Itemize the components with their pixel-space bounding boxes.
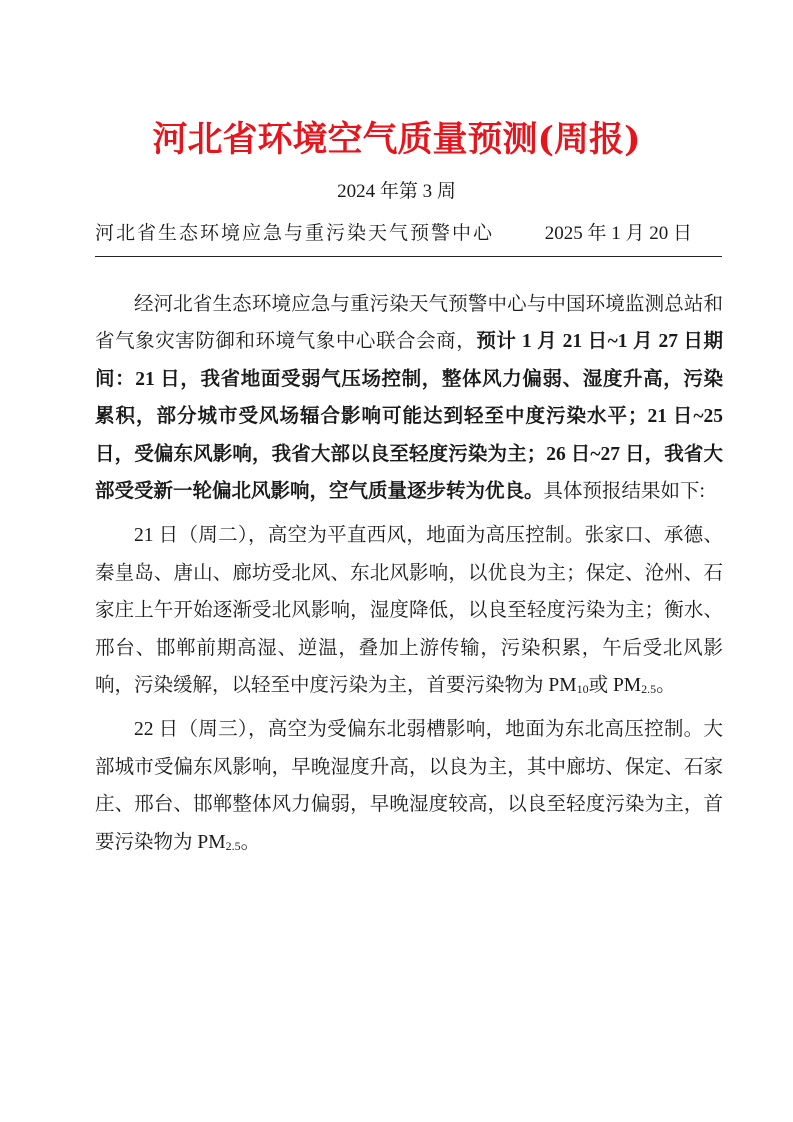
summary-paragraph: 经河北省生态环境应急与重污染天气预警中心与中国环境监测总站和省气象灾害防御和环境… (95, 286, 723, 510)
subscript: 2.5 (641, 682, 656, 696)
issuer-row: 河北省生态环境应急与重污染天气预警中心 2025 年 1 月 20 日 (95, 218, 722, 245)
document-title: 河北省环境空气质量预测(周报) (0, 112, 793, 162)
day-text: 22 日（周三），高空为受偏东北弱槽影响，地面为东北高压控制。大部城市受偏东风影… (95, 719, 723, 852)
day-forecast-21: 21 日（周二），高空为平直西风，地面为高压控制。张家口、承德、秦皇岛、唐山、廊… (95, 517, 723, 704)
day-text: 或 PM (589, 675, 642, 696)
day-text: 。 (241, 832, 261, 853)
day-text: 21 日（周二），高空为平直西风，地面为高压控制。张家口、承德、秦皇岛、唐山、廊… (95, 525, 723, 696)
document-body: 经河北省生态环境应急与重污染天气预警中心与中国环境监测总站和省气象灾害防御和环境… (95, 286, 723, 868)
day-text: 。 (656, 675, 676, 696)
issuer-name: 河北省生态环境应急与重污染天气预警中心 (95, 218, 494, 245)
subscript: 10 (577, 682, 589, 696)
issue-number: 2024 年第 3 周 (0, 176, 793, 203)
header-divider (95, 256, 722, 257)
publish-date: 2025 年 1 月 20 日 (545, 218, 722, 245)
summary-highlight: 预计 1 月 21 日~1 月 27 日期间：21 日，我省地面受弱气压场控制，… (95, 331, 723, 502)
subscript: 2.5 (226, 839, 241, 853)
summary-outro: 具体预报结果如下: (544, 481, 705, 502)
day-forecast-22: 22 日（周三），高空为受偏东北弱槽影响，地面为东北高压控制。大部城市受偏东风影… (95, 711, 723, 861)
